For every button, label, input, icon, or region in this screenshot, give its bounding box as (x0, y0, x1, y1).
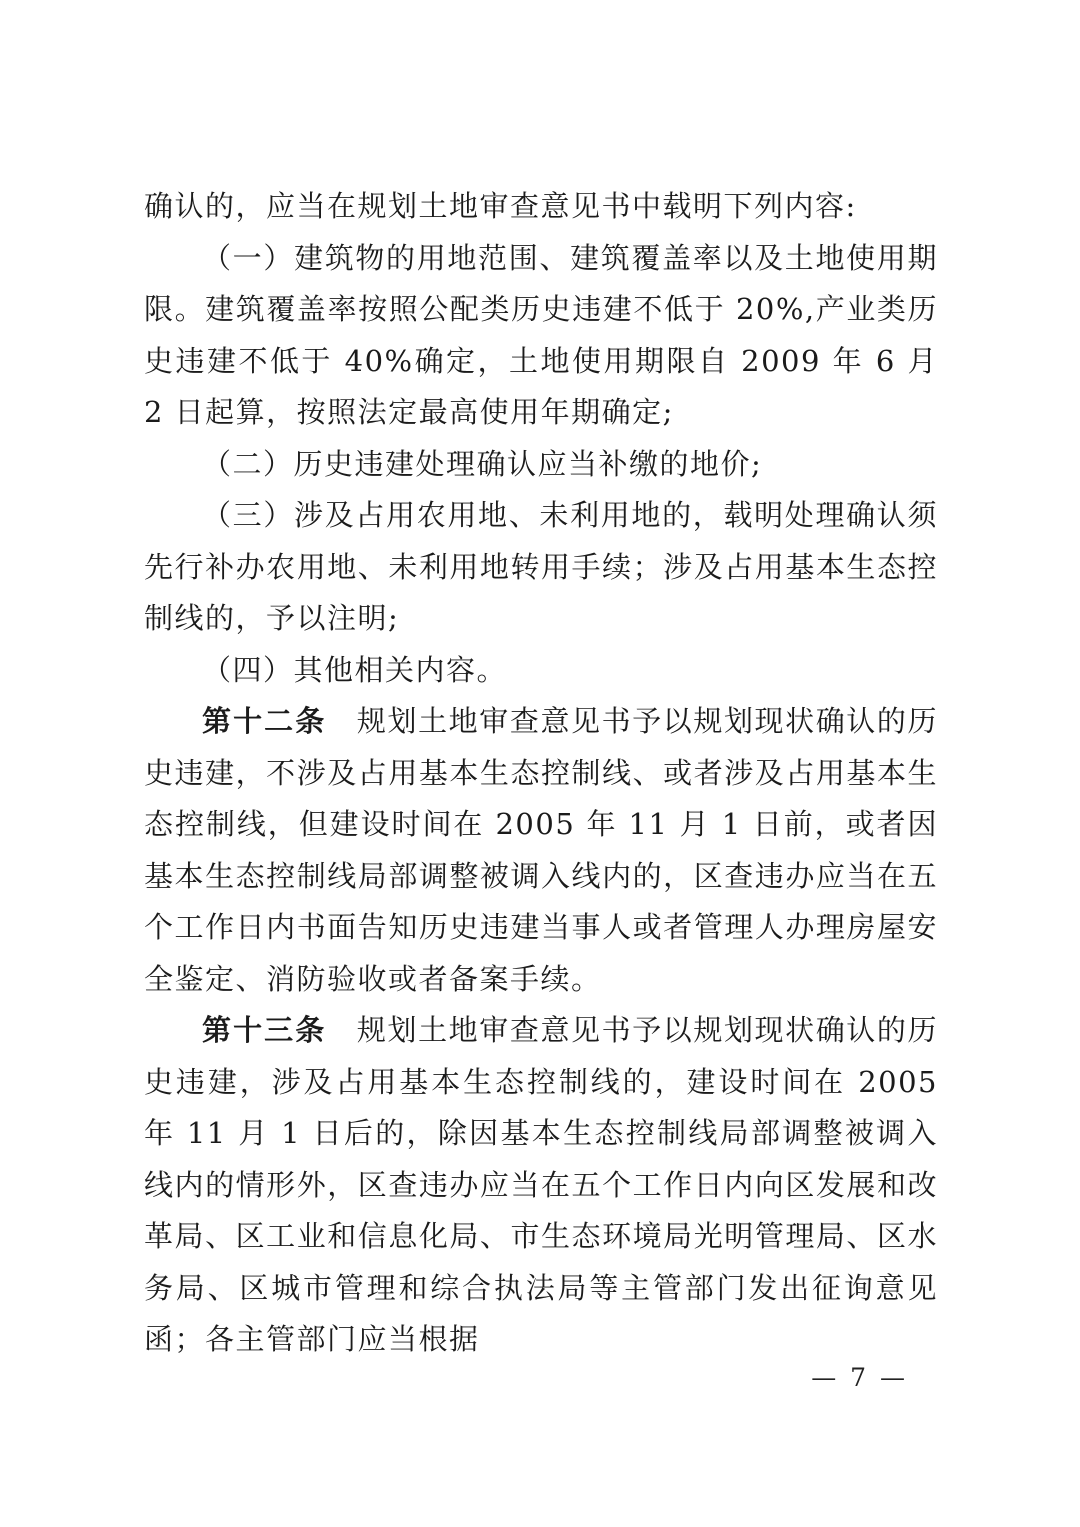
paragraph-text: （一）建筑物的用地范围、建筑覆盖率以及土地使用期限。建筑覆盖率按照公配类历史违建… (144, 241, 938, 430)
page-footer: — 7 — (811, 1363, 908, 1392)
paragraph-item-4: （四）其他相关内容。 (144, 645, 938, 697)
paragraph-article-12: 第十二条 规划土地审查意见书予以规划现状确认的历史违建，不涉及占用基本生态控制线… (144, 696, 938, 1005)
article-13-number: 第十三条 (202, 1013, 326, 1047)
article-12-number: 第十二条 (202, 704, 326, 738)
paragraph-text: 确认的，应当在规划土地审查意见书中载明下列内容: (144, 189, 857, 223)
document-page: 确认的，应当在规划土地审查意见书中载明下列内容: （一）建筑物的用地范围、建筑覆… (0, 0, 1080, 1527)
paragraph-text: 规划土地审查意见书予以规划现状确认的历史违建，涉及占用基本生态控制线的，建设时间… (144, 1013, 938, 1356)
paragraph-text: （二）历史违建处理确认应当补缴的地价; (202, 447, 762, 481)
paragraph-item-3: （三）涉及占用农用地、未利用地的，载明处理确认须先行补办农用地、未利用地转用手续… (144, 490, 938, 645)
document-body: 确认的，应当在规划土地审查意见书中载明下列内容: （一）建筑物的用地范围、建筑覆… (144, 181, 938, 1366)
paragraph-text: （四）其他相关内容。 (202, 653, 507, 687)
paragraph-continuation: 确认的，应当在规划土地审查意见书中载明下列内容: (144, 181, 938, 233)
paragraph-text: （三）涉及占用农用地、未利用地的，载明处理确认须先行补办农用地、未利用地转用手续… (144, 498, 938, 635)
paragraph-item-2: （二）历史违建处理确认应当补缴的地价; (144, 439, 938, 491)
paragraph-item-1: （一）建筑物的用地范围、建筑覆盖率以及土地使用期限。建筑覆盖率按照公配类历史违建… (144, 233, 938, 439)
paragraph-text: 规划土地审查意见书予以规划现状确认的历史违建，不涉及占用基本生态控制线、或者涉及… (144, 704, 938, 996)
paragraph-article-13: 第十三条 规划土地审查意见书予以规划现状确认的历史违建，涉及占用基本生态控制线的… (144, 1005, 938, 1366)
page-number: — 7 — (811, 1363, 908, 1392)
